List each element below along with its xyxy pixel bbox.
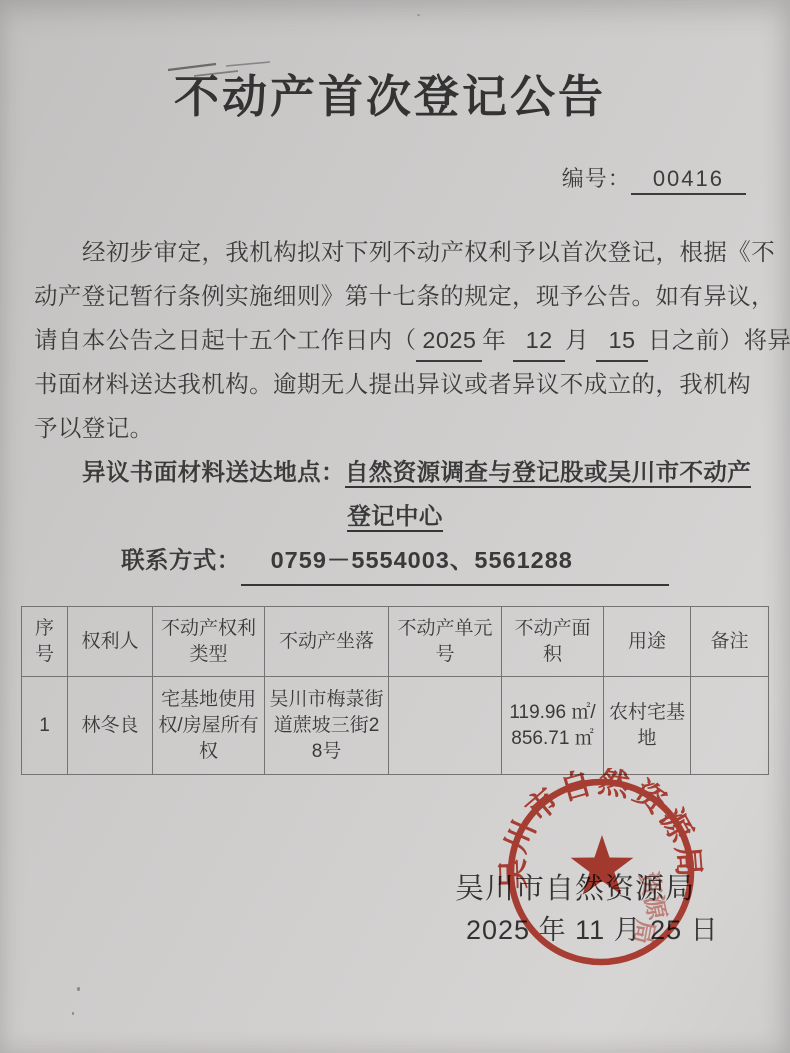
table-cell (389, 677, 502, 775)
table-header-row: 序号权利人不动产权利类型不动产坐落不动产单元号不动产面积用途备注 (22, 607, 769, 677)
month-unit: 月 (565, 327, 589, 353)
year-unit: 年 (482, 327, 506, 353)
table-cell: 1 (22, 677, 68, 775)
deadline-month: 12 (513, 320, 565, 362)
body-line-4: 书面材料送达我机构。逾期无人提出异议或者异议不成立的，我机构 (34, 362, 756, 406)
body-line-3: 请自本公告之日起十五个工作日内（2025年 12月 15日之前）将异议 (34, 318, 756, 362)
paper-speck (417, 14, 420, 16)
table-cell: 农村宅基地 (604, 677, 691, 775)
body-line-1: 经初步审定，我机构拟对下列不动产权利予以首次登记，根据《不 (34, 230, 756, 274)
announcement-body: 经初步审定，我机构拟对下列不动产权利予以首次登记，根据《不 动产登记暂行条例实施… (34, 230, 756, 582)
table-cell (691, 677, 769, 775)
paper-speck (72, 1012, 74, 1015)
issue-date: 2025 年 11 月 25 日 (466, 908, 719, 947)
body-line-5: 予以登记。 (34, 406, 756, 450)
table-header-cell: 不动产坐落 (265, 607, 389, 677)
table-cell: 吴川市梅菉街道蔗坡三街28号 (265, 677, 389, 775)
table-header-cell: 用途 (604, 607, 691, 677)
table-body: 1林冬良宅基地使用权/房屋所有权吴川市梅菉街道蔗坡三街28号119.96 ㎡/8… (22, 677, 769, 775)
delivery-address-line-2: 登记中心 (34, 494, 756, 538)
contact-line: 联系方式：0759－5554003、5561288 (34, 538, 756, 582)
paper-speck (77, 987, 80, 991)
table-header-cell: 不动产面积 (502, 607, 604, 677)
contact-label: 联系方式： (121, 547, 241, 573)
table-header-cell: 备注 (691, 607, 769, 677)
document-page: 不动产首次登记公告 编号：00416 经初步审定，我机构拟对下列不动产权利予以首… (0, 0, 790, 1053)
document-number-value: 00416 (631, 166, 746, 195)
table-header-cell: 不动产单元号 (389, 607, 502, 677)
delivery-address-line: 异议书面材料送达地点：自然资源调查与登记股或吴川市不动产 (34, 450, 756, 494)
deadline-prefix: 请自本公告之日起十五个工作日内（ (34, 327, 416, 353)
table-cell: 119.96 ㎡/856.71 ㎡ (502, 677, 604, 775)
table-row: 1林冬良宅基地使用权/房屋所有权吴川市梅菉街道蔗坡三街28号119.96 ㎡/8… (22, 677, 769, 775)
table-cell: 林冬良 (68, 677, 153, 775)
deadline-year: 2025 (416, 320, 482, 362)
delivery-address-value-1: 自然资源调查与登记股或吴川市不动产 (345, 459, 751, 488)
delivery-address-label: 异议书面材料送达地点： (82, 459, 345, 485)
table-cell: 宅基地使用权/房屋所有权 (153, 677, 265, 775)
table-header-cell: 权利人 (68, 607, 153, 677)
delivery-address-value-2: 登记中心 (347, 503, 443, 532)
page-title: 不动产首次登记公告 (0, 60, 780, 125)
deadline-day: 15 (596, 320, 648, 362)
contact-phone-numbers: 0759－5554003、5561288 (241, 538, 669, 586)
deadline-suffix: 日之前）将异议 (648, 327, 790, 353)
document-number: 编号：00416 (562, 162, 746, 195)
issuing-authority: 吴川市自然资源局 (455, 866, 695, 907)
table-header-cell: 序号 (22, 607, 68, 677)
table-header-cell: 不动产权利类型 (153, 607, 265, 677)
announcement-table: 序号权利人不动产权利类型不动产坐落不动产单元号不动产面积用途备注 1林冬良宅基地… (21, 606, 769, 775)
body-line-2: 动产登记暂行条例实施细则》第十七条的规定，现予公告。如有异议， (34, 274, 756, 318)
document-number-label: 编号： (562, 166, 631, 191)
